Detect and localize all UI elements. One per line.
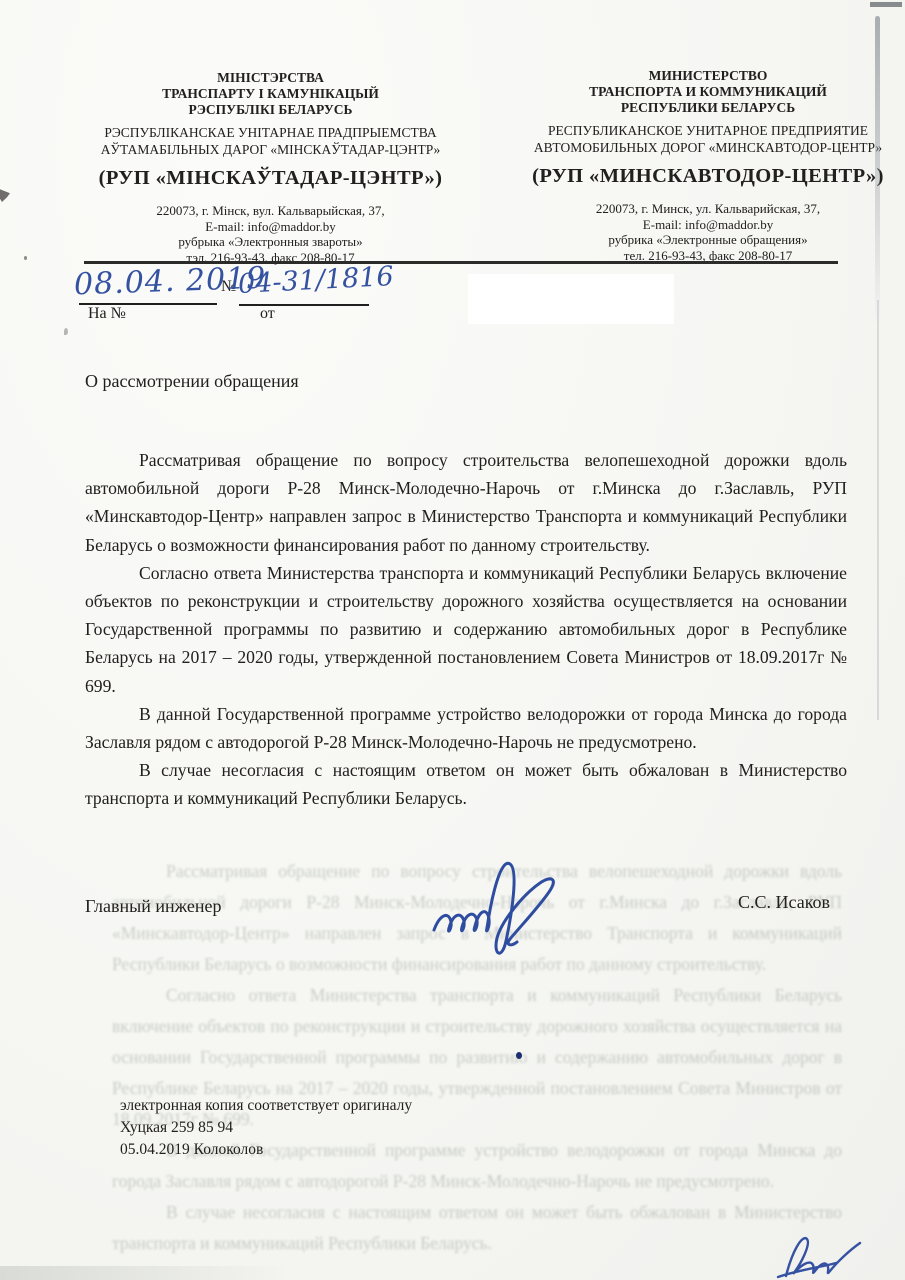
ministry-line: РЕСПУБЛИКИ БЕЛАРУСЬ: [512, 100, 904, 116]
body-paragraph: В данной Государственной программе устро…: [85, 700, 847, 756]
ministry-line: РЭСПУБЛІКІ БЕЛАРУСЬ: [78, 102, 463, 118]
address-line: 220073, г. Минск, ул. Кальварийская, 37,: [512, 201, 904, 217]
verification-footer: электронная копия соответствует оригинал…: [120, 1095, 412, 1161]
letterhead-russian: МИНИСТЕРСТВО ТРАНСПОРТА И КОММУНИКАЦИЙ Р…: [512, 68, 904, 263]
scan-corner-mark: [870, 2, 902, 7]
letter-body: Рассматривая обращение по вопросу строит…: [85, 446, 847, 813]
organization-name-be: РЭСПУБЛІКАНСКАЕ УНІТАРНАЕ ПРАДПРЫЕМСТВА …: [78, 125, 463, 158]
ministry-name-ru: МИНИСТЕРСТВО ТРАНСПОРТА И КОММУНИКАЦИЙ Р…: [512, 68, 904, 116]
org-line: РЕСПУБЛИКАНСКОЕ УНИТАРНОЕ ПРЕДПРИЯТИЕ: [512, 123, 904, 140]
ink-dot: [516, 1052, 522, 1059]
scan-speck: [64, 328, 68, 335]
ministry-line: МИНИСТЕРСТВО: [512, 68, 904, 84]
executor-phone: Хуцкая 259 85 94: [120, 1117, 412, 1139]
letterhead-belarusian: МІНІСТЭРСТВА ТРАНСПАРТУ І КАМУНІКАЦЫЙ РЭ…: [78, 70, 463, 265]
copy-statement: электронная копия соответствует оригинал…: [120, 1095, 412, 1117]
subject-line: О рассмотрении обращения: [85, 371, 299, 392]
signer-name: С.С. Исаков: [738, 892, 830, 913]
scan-speck: [24, 256, 27, 260]
reply-to-label: На №: [88, 305, 126, 323]
organization-short-ru: (РУП «МИНСКАВТОДОР-ЦЕНТР»): [512, 165, 904, 188]
address-line: 220073, г. Мінск, вул. Кальварыйская, 37…: [78, 203, 463, 219]
scan-bottom-band: [0, 1266, 290, 1280]
email-line: E-mail: info@maddor.by: [78, 219, 463, 235]
body-paragraph: Согласно ответа Министерства транспорта …: [85, 559, 847, 700]
scanned-letter-page: МІНІСТЭРСТВА ТРАНСПАРТУ І КАМУНІКАЦЫЙ РЭ…: [0, 0, 905, 1280]
ministry-line: ТРАНСПОРТА И КОММУНИКАЦИЙ: [512, 84, 904, 100]
redaction-box: [468, 274, 674, 324]
contact-block-be: 220073, г. Мінск, вул. Кальварыйская, 37…: [78, 203, 463, 265]
organization-short-be: (РУП «МІНСКАЎТАДАР-ЦЭНТР»): [78, 167, 463, 190]
org-line: АЎТАМАБІЛЬНЫХ ДАРОГ «МІНСКАЎТАДАР-ЦЭНТР»: [78, 142, 463, 159]
organization-name-ru: РЕСПУБЛИКАНСКОЕ УНИТАРНОЕ ПРЕДПРИЯТИЕ АВ…: [512, 123, 904, 156]
email-line: E-mail: info@maddor.by: [512, 217, 904, 233]
org-line: АВТОМОБИЛЬНЫХ ДОРОГ «МИНСКАВТОДОР-ЦЕНТР»: [512, 140, 904, 157]
from-label: от: [260, 305, 275, 323]
scan-speck: [0, 186, 10, 202]
ministry-name-be: МІНІСТЭРСТВА ТРАНСПАРТУ І КАМУНІКАЦЫЙ РЭ…: [78, 70, 463, 118]
handwritten-paraph: [772, 1228, 867, 1280]
ministry-line: ТРАНСПАРТУ І КАМУНІКАЦЫЙ: [78, 86, 463, 102]
scan-edge-shadow: [875, 16, 880, 326]
body-paragraph: В случае несогласия с настоящим ответом …: [85, 756, 847, 812]
body-paragraph: Рассматривая обращение по вопросу строит…: [85, 446, 847, 559]
rubric-line: рубрыка «Электронныя звароты»: [78, 234, 463, 250]
handwritten-signature: [398, 850, 598, 970]
ghost-paragraph: В случае несогласия с настоящим ответом …: [112, 1197, 842, 1259]
org-line: РЭСПУБЛІКАНСКАЕ УНІТАРНАЕ ПРАДПРЫЕМСТВА: [78, 125, 463, 142]
rubric-line: рубрика «Электронные обращения»: [512, 232, 904, 248]
contact-block-ru: 220073, г. Минск, ул. Кальварийская, 37,…: [512, 201, 904, 263]
scan-edge-line: [877, 300, 879, 720]
ministry-line: МІНІСТЭРСТВА: [78, 70, 463, 86]
scan-date-operator: 05.04.2019 Колоколов: [120, 1139, 412, 1161]
number-underline: [239, 304, 369, 306]
signer-position-title: Главный инженер: [85, 896, 221, 917]
handwritten-outgoing-number: 04-31/1816: [237, 261, 394, 300]
